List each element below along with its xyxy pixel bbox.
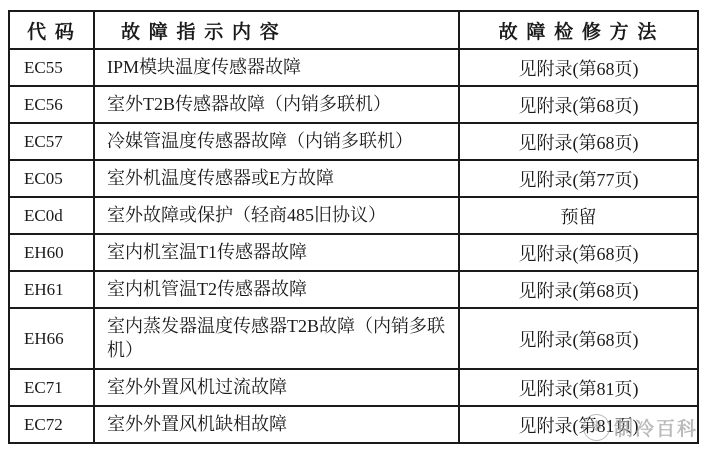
- manual-page: 代 码 故 障 指 示 内 容 故 障 检 修 方 法 EC55 IPM模块温度…: [0, 0, 704, 449]
- fault-code-cell: EC55: [9, 49, 94, 86]
- table-row: EH66 室内蒸发器温度传感器T2B故障（内销多联机） 见附录(第68页): [9, 308, 698, 369]
- fault-desc-cell: 室外T2B传感器故障（内销多联机）: [94, 86, 459, 123]
- fault-method-cell: 见附录(第68页): [459, 49, 698, 86]
- fault-method-cell: 见附录(第77页): [459, 160, 698, 197]
- table-header: 代 码 故 障 指 示 内 容 故 障 检 修 方 法: [9, 11, 698, 49]
- table-row: EC55 IPM模块温度传感器故障 见附录(第68页): [9, 49, 698, 86]
- fault-code-table: 代 码 故 障 指 示 内 容 故 障 检 修 方 法 EC55 IPM模块温度…: [8, 10, 699, 444]
- fault-method-cell: 见附录(第68页): [459, 86, 698, 123]
- fault-code-cell: EH60: [9, 234, 94, 271]
- fault-method-cell: 预留: [459, 197, 698, 234]
- fault-method-cell: 见附录(第68页): [459, 234, 698, 271]
- fault-method-cell: 见附录(第81页): [459, 406, 698, 443]
- fault-desc-cell: 室外故障或保护（轻商485旧协议）: [94, 197, 459, 234]
- fault-code-cell: EC0d: [9, 197, 94, 234]
- column-header-desc: 故 障 指 示 内 容: [94, 11, 459, 49]
- fault-code-cell: EC57: [9, 123, 94, 160]
- table-row: EC71 室外外置风机过流故障 见附录(第81页): [9, 369, 698, 406]
- column-header-code: 代 码: [9, 11, 94, 49]
- fault-code-cell: EC56: [9, 86, 94, 123]
- table-row: EC57 冷媒管温度传感器故障（内销多联机） 见附录(第68页): [9, 123, 698, 160]
- fault-desc-cell: 冷媒管温度传感器故障（内销多联机）: [94, 123, 459, 160]
- table-row: EC72 室外外置风机缺相故障 见附录(第81页): [9, 406, 698, 443]
- fault-code-cell: EC71: [9, 369, 94, 406]
- fault-code-cell: EH66: [9, 308, 94, 369]
- fault-desc-cell: IPM模块温度传感器故障: [94, 49, 459, 86]
- fault-code-cell: EH61: [9, 271, 94, 308]
- fault-desc-cell: 室外机温度传感器或E方故障: [94, 160, 459, 197]
- table-row: EH61 室内机管温T2传感器故障 见附录(第68页): [9, 271, 698, 308]
- fault-code-cell: EC05: [9, 160, 94, 197]
- fault-method-cell: 见附录(第68页): [459, 308, 698, 369]
- table-body: EC55 IPM模块温度传感器故障 见附录(第68页) EC56 室外T2B传感…: [9, 49, 698, 443]
- fault-desc-cell: 室外外置风机过流故障: [94, 369, 459, 406]
- header-row: 代 码 故 障 指 示 内 容 故 障 检 修 方 法: [9, 11, 698, 49]
- fault-code-cell: EC72: [9, 406, 94, 443]
- column-header-method: 故 障 检 修 方 法: [459, 11, 698, 49]
- fault-method-cell: 见附录(第68页): [459, 271, 698, 308]
- fault-desc-cell: 室内蒸发器温度传感器T2B故障（内销多联机）: [94, 308, 459, 369]
- fault-desc-cell: 室内机管温T2传感器故障: [94, 271, 459, 308]
- fault-method-cell: 见附录(第81页): [459, 369, 698, 406]
- fault-desc-cell: 室内机室温T1传感器故障: [94, 234, 459, 271]
- fault-method-cell: 见附录(第68页): [459, 123, 698, 160]
- table-row: EC0d 室外故障或保护（轻商485旧协议） 预留: [9, 197, 698, 234]
- fault-desc-cell: 室外外置风机缺相故障: [94, 406, 459, 443]
- table-row: EC05 室外机温度传感器或E方故障 见附录(第77页): [9, 160, 698, 197]
- table-row: EH60 室内机室温T1传感器故障 见附录(第68页): [9, 234, 698, 271]
- table-row: EC56 室外T2B传感器故障（内销多联机） 见附录(第68页): [9, 86, 698, 123]
